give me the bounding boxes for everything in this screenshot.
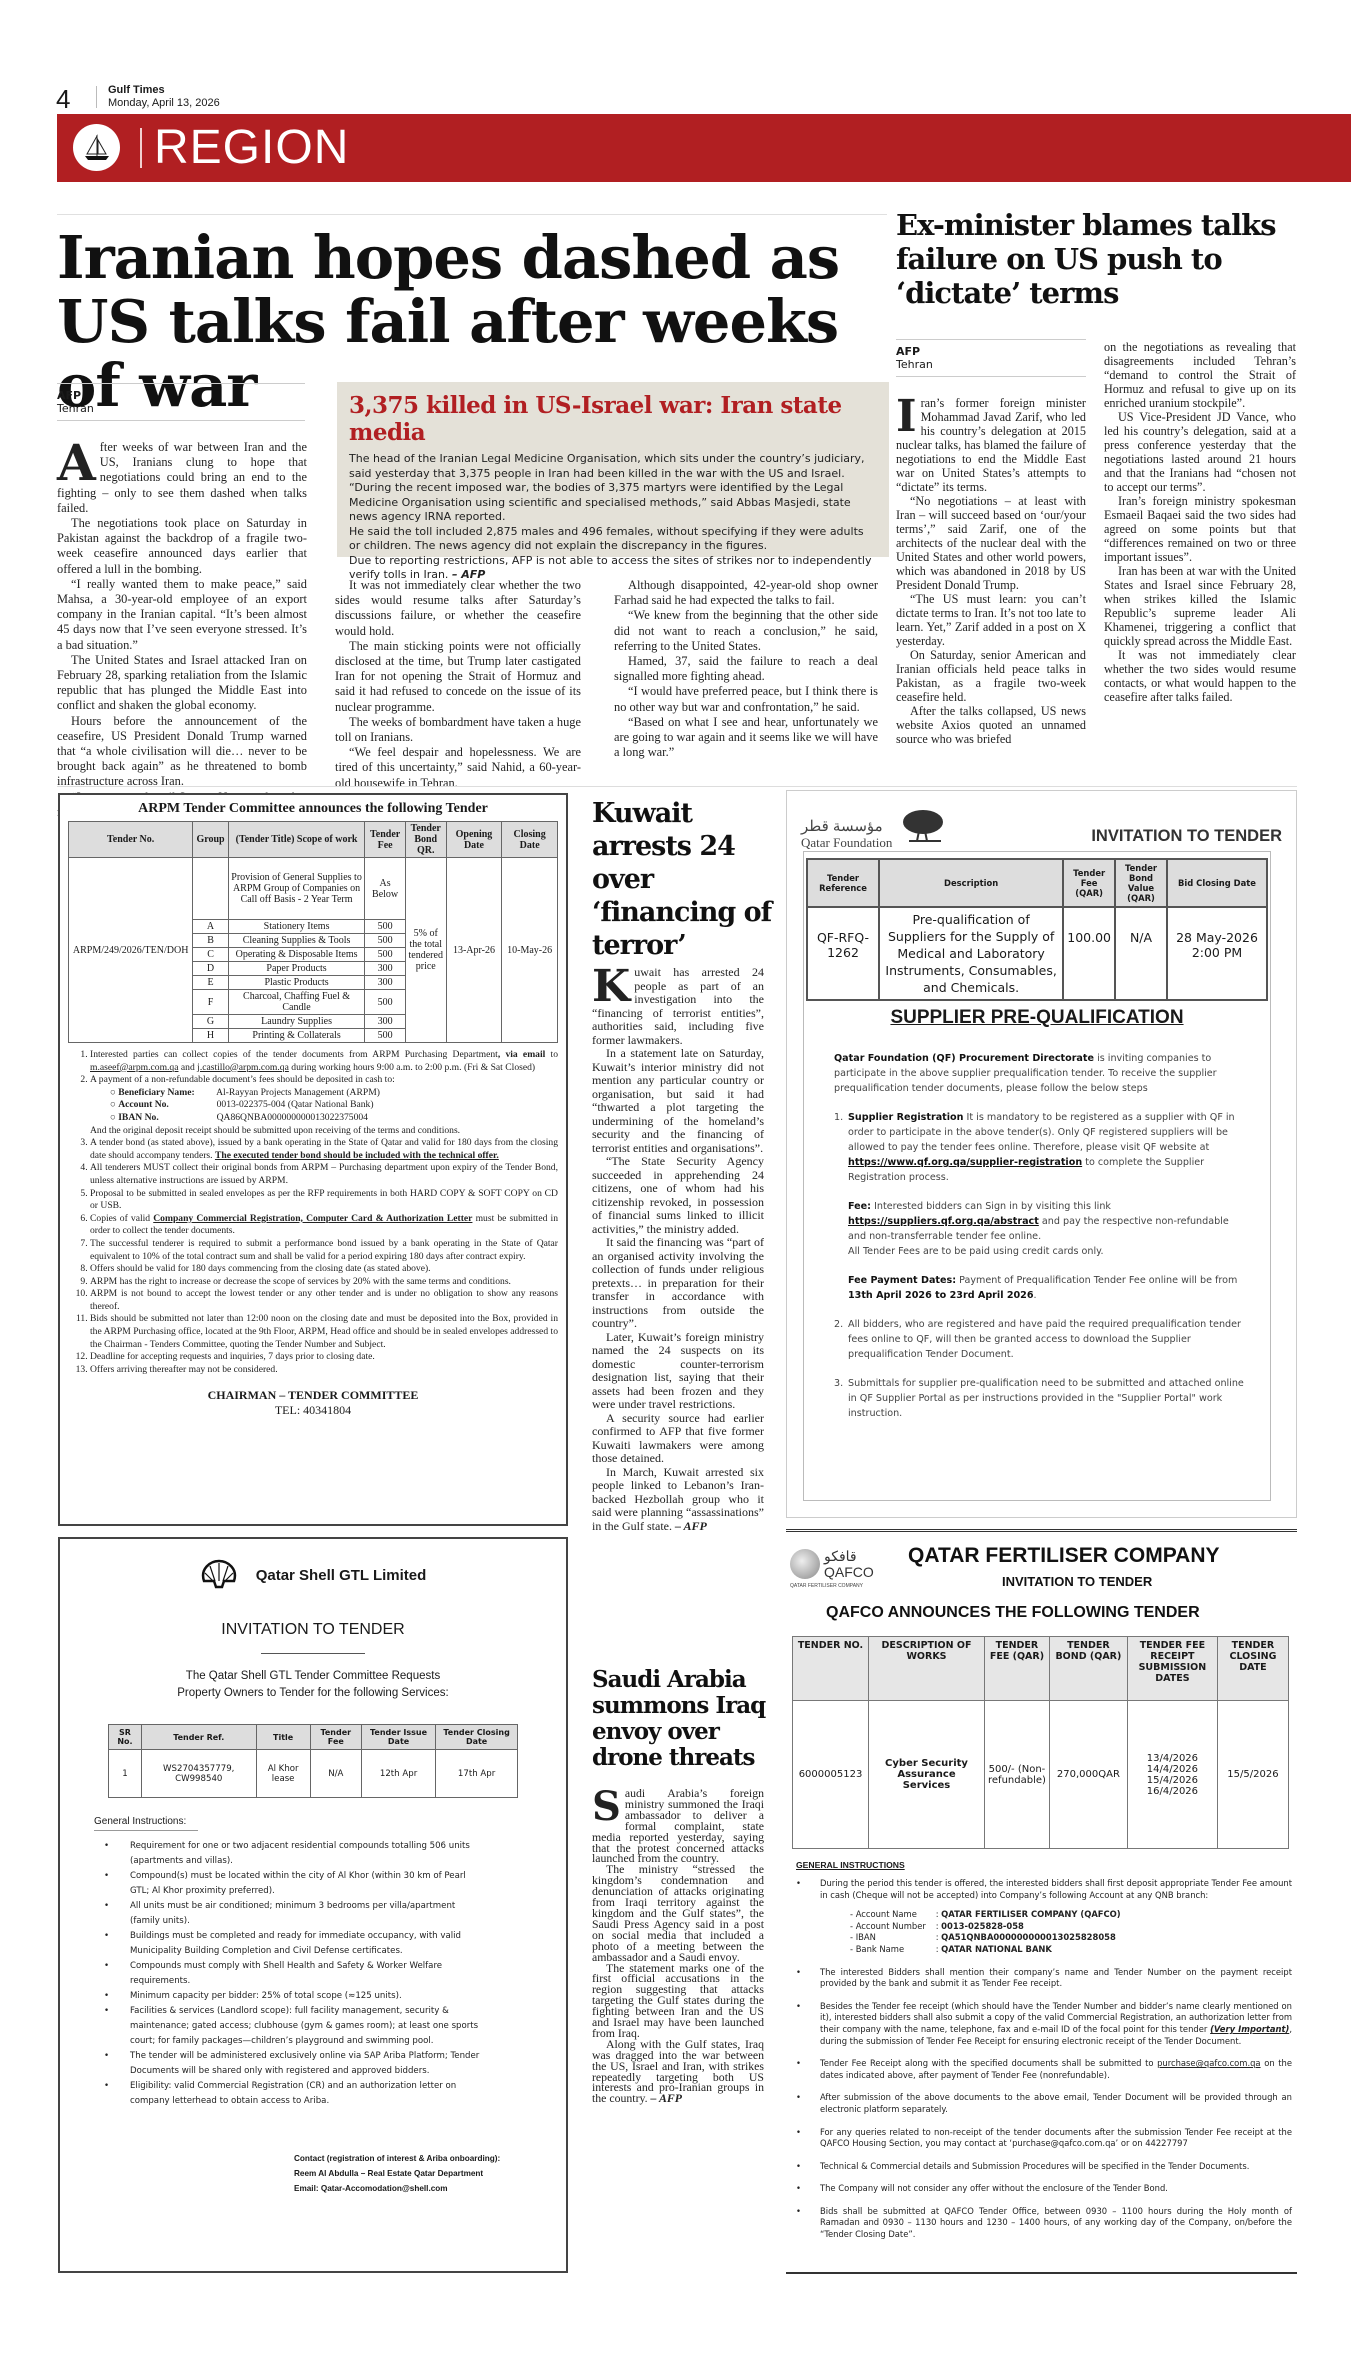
column-header: Closing Date — [502, 822, 558, 858]
opening-date: 13-Apr-26 — [446, 858, 502, 1043]
qafco-account: - Account Name: QATAR FERTILISER COMPANY… — [850, 1909, 1292, 1955]
paragraph: A security source had earlier confirmed … — [592, 1412, 764, 1466]
saudi-headline: Saudi Arabia summons Iraq envoy over dro… — [592, 1667, 772, 1771]
byline-agency: AFP — [57, 389, 305, 402]
email-link-castillo[interactable]: j.castillo@arpm.com.qa — [197, 1062, 289, 1073]
saudi-body: Saudi Arabia’s foreign ministry summoned… — [592, 1788, 764, 2104]
qf-logo-arabic: مؤسسة قطر — [801, 817, 892, 835]
column-header: Tender Reference — [807, 859, 879, 907]
qafco-logo-name: QAFCO — [824, 1565, 874, 1579]
paragraph: Iran has been at war with the United Sta… — [1104, 564, 1296, 648]
zarif-headline: Ex-minister blames talks failure on US p… — [896, 208, 1316, 310]
article-credit: – AFP — [675, 1519, 707, 1533]
paragraph: The negotiations took place on Saturday … — [57, 516, 307, 577]
qf-content-box: Tender Reference Description Tender Fee … — [803, 851, 1271, 1501]
instruction-item: Eligibility: valid Commercial Registrati… — [130, 2079, 480, 2109]
qafco-tender-ad: قافكو QAFCO QATAR FERTILISER COMPANY QAT… — [790, 1540, 1297, 2288]
qf-step-3: Submittals for supplier pre-qualificatio… — [848, 1376, 1244, 1421]
lead-byline: AFP Tehran — [57, 383, 305, 421]
instruction-item: Minimum capacity per bidder: 25% of tota… — [130, 1989, 480, 2004]
shell-logo-icon — [200, 1559, 238, 1591]
qafco-globe-icon — [790, 1549, 820, 1579]
paragraph: Hamed, 37, said the failure to reach a d… — [614, 654, 878, 684]
page-number: 4 — [56, 86, 70, 112]
paragraph: Iran’s foreign ministry spokesman Esmaei… — [1104, 494, 1296, 564]
paragraph: Although disappointed, 42-year-old shop … — [614, 578, 878, 608]
banner-divider — [140, 128, 142, 168]
instruction-item: Requirement for one or two adjacent resi… — [130, 1839, 480, 1869]
instruction-item: After submission of the above documents … — [820, 2092, 1292, 2115]
publication-date: Monday, April 13, 2026 — [108, 97, 220, 109]
contact-name: Reem Al Abdulla – Real Estate Qatar Depa… — [294, 2166, 546, 2181]
shell-header: Qatar Shell GTL Limited — [80, 1559, 546, 1591]
paragraph: “The State Security Agency succeeded in … — [592, 1155, 764, 1236]
byline-place: Tehran — [57, 402, 305, 415]
column-header: DESCRIPTION OF WORKS — [869, 1637, 985, 1701]
column-header: Tender Fee — [310, 1725, 361, 1750]
instruction-item: All tenderers MUST collect their origina… — [90, 1162, 558, 1187]
section-title: REGION — [154, 120, 349, 176]
column-header: Opening Date — [446, 822, 502, 858]
column-header: Tender Issue Date — [361, 1725, 435, 1750]
article-credit: – AFP — [651, 2091, 682, 2105]
qafco-logo-sub: QATAR FERTILISER COMPANY — [790, 1583, 890, 1589]
sidebar-line: The head of the Iranian Legal Medicine O… — [349, 452, 877, 481]
paragraph: The statement marks one of the first off… — [592, 1963, 764, 2039]
dropcap: K — [592, 968, 630, 1006]
instruction-item: The Company will not consider any offer … — [820, 2183, 1292, 2195]
bank-details: ○ Beneficiary Name: Al-Rayyan Projects M… — [110, 1087, 558, 1125]
qafco-instructions-title: GENERAL INSTRUCTIONS — [796, 1860, 905, 1870]
instruction-item: Bids should be submitted not later than … — [90, 1313, 558, 1351]
sidebar-title: 3,375 killed in US-Israel war: Iran stat… — [349, 392, 877, 446]
instruction-item: ARPM has the right to increase or decrea… — [90, 1276, 558, 1289]
paragraph: on the negotiations as revealing that di… — [1104, 340, 1296, 410]
column-header: Group — [193, 822, 228, 858]
byline-agency: AFP — [896, 345, 1086, 358]
qf-tender-ad: مؤسسة قطر Qatar Foundation INVITATION TO… — [786, 790, 1297, 1518]
paragraph: US Vice-President JD Vance, who led his … — [1104, 410, 1296, 494]
instruction-item: For any queries related to non-receipt o… — [820, 2127, 1292, 2150]
dropcap: I — [896, 398, 917, 436]
column-header: Tender Bond QR. — [405, 822, 446, 858]
paragraph: “No negotiations – at least with Iran – … — [896, 494, 1086, 592]
casualty-sidebar: 3,375 killed in US-Israel war: Iran stat… — [337, 382, 889, 557]
paragraph: ran’s former foreign minister Mohammad J… — [896, 396, 1086, 494]
sidebar-line: “During the recent imposed war, the bodi… — [349, 481, 877, 525]
instruction-item: Compounds must comply with Shell Health … — [130, 1959, 480, 1989]
arpm-title: ARPM Tender Committee announces the foll… — [68, 801, 558, 817]
qafco-tender-table: TENDER NO. DESCRIPTION OF WORKS TENDER F… — [792, 1636, 1289, 1849]
header-divider — [96, 86, 97, 108]
arpm-tender-ad: ARPM Tender Committee announces the foll… — [58, 793, 568, 1526]
qf-tender-table: Tender Reference Description Tender Fee … — [806, 858, 1268, 1001]
section-banner: REGION — [57, 114, 1351, 182]
purchase-email-link[interactable]: purchase@qafco.com.qa — [1157, 2058, 1260, 2068]
qf-logo: مؤسسة قطر Qatar Foundation — [801, 817, 892, 851]
shell-tender-ad: Qatar Shell GTL Limited INVITATION TO TE… — [58, 1537, 568, 2273]
qf-subtitle: SUPPLIER PRE-QUALIFICATION — [804, 1007, 1270, 1029]
kuwait-headline: Kuwait arrests 24 over ‘financing of ter… — [592, 797, 772, 962]
column-header: Tender Closing Date — [436, 1725, 518, 1750]
paragraph: The United States and Israel attacked Ir… — [57, 653, 307, 714]
shell-instructions-title: General Instructions: — [94, 1816, 198, 1831]
lead-col-3: Although disappointed, 42-year-old shop … — [614, 578, 878, 760]
instruction-item: The interested Bidders shall mention the… — [820, 1967, 1292, 1990]
lead-col-2: It was not immediately clear whether the… — [335, 578, 581, 791]
arpm-instructions: Interested parties can collect copies of… — [68, 1049, 558, 1376]
paragraph: On Saturday, senior American and Iranian… — [896, 648, 1086, 704]
paragraph: The ministry “stressed the kingdom’s con… — [592, 1864, 764, 1962]
qf-logo-name: Qatar Foundation — [801, 835, 892, 851]
email-link-aseef[interactable]: m.aseef@arpm.com.qa — [90, 1062, 178, 1073]
instruction-item: Technical & Commercial details and Submi… — [820, 2161, 1292, 2173]
tree-icon — [899, 809, 945, 843]
arpm-footer-tel: TEL: 40341804 — [68, 1403, 558, 1418]
column-header: SR No. — [109, 1725, 142, 1750]
qafco-instructions: •During the period this tender is offere… — [796, 1878, 1292, 2241]
column-header: TENDER FEE RECEIPT SUBMISSION DATES — [1127, 1637, 1217, 1701]
instruction-item: Offers arriving thereafter may not be co… — [90, 1364, 558, 1377]
paragraph: “Based on what I see and hear, unfortuna… — [614, 715, 878, 761]
kuwait-body: Kuwait has arrested 24 people as part of… — [592, 966, 764, 1533]
instruction-item: A payment of a non-refundable document’s… — [90, 1074, 558, 1137]
shell-tender-table: SR No. Tender Ref. Title Tender Fee Tend… — [108, 1724, 518, 1798]
column-header: TENDER BOND (QAR) — [1049, 1637, 1127, 1701]
column-header: TENDER CLOSING DATE — [1217, 1637, 1288, 1701]
paragraph: It was not immediately clear whether the… — [1104, 648, 1296, 704]
instruction-item: Tender Fee Receipt along with the specif… — [820, 2058, 1292, 2081]
contact-email[interactable]: Email: Qatar-Accomodation@shell.com — [294, 2181, 546, 2196]
table-row: 6000005123 Cyber Security Assurance Serv… — [793, 1701, 1289, 1849]
instruction-item: Offers should be valid for 180 days comm… — [90, 1263, 558, 1276]
instruction-item: Buildings must be completed and ready fo… — [130, 1929, 480, 1959]
paragraph: “I really wanted them to make peace,” sa… — [57, 577, 307, 653]
instruction-item: Bids shall be submitted at QAFCO Tender … — [820, 2206, 1292, 2241]
arpm-footer-title: CHAIRMAN – TENDER COMMITTEE — [68, 1388, 558, 1403]
column-header: Description — [879, 859, 1063, 907]
instruction-item: Compound(s) must be located within the c… — [130, 1869, 480, 1899]
column-header: Tender Ref. — [141, 1725, 256, 1750]
instruction-item: Proposal to be submitted in sealed envel… — [90, 1188, 558, 1213]
instruction-item: All units must be air conditioned; minim… — [130, 1899, 480, 1929]
lead-col-1: After weeks of war between Iran and the … — [57, 440, 307, 820]
qafco-logo-arabic: قافكو — [824, 1548, 874, 1565]
paragraph: In a statement late on Saturday, Kuwait’… — [592, 1047, 764, 1155]
paragraph: It said the financing was “part of an or… — [592, 1236, 764, 1331]
zarif-byline: AFP Tehran — [896, 339, 1086, 377]
byline-place: Tehran — [896, 358, 1086, 371]
paragraph: After the talks collapsed, US news websi… — [896, 704, 1086, 746]
paragraph: Hours before the announcement of the cea… — [57, 714, 307, 790]
zarif-col-1: Iran’s former foreign minister Mohammad … — [896, 396, 1086, 746]
qf-body: Qatar Foundation (QF) Procurement Direct… — [834, 1051, 1244, 1421]
paragraph: “We feel despair and hopelessness. We ar… — [335, 745, 581, 791]
instruction-item: Copies of valid Company Commercial Regis… — [90, 1213, 558, 1238]
paragraph: “We knew from the beginning that the oth… — [614, 608, 878, 654]
column-header: Tender Bond Value (QAR) — [1115, 859, 1167, 907]
sidebar-line: Due to reporting restrictions, AFP is no… — [349, 554, 871, 582]
scope-fee: As Below — [365, 858, 405, 920]
column-header: TENDER FEE (QAR) — [985, 1637, 1050, 1701]
paragraph: “I would have preferred peace, but I thi… — [614, 684, 878, 714]
supplier-registration-link[interactable]: https://www.qf.org.qa/supplier-registrat… — [848, 1157, 1082, 1168]
column-header: Title — [256, 1725, 310, 1750]
instruction-item: Besides the Tender fee receipt (which sh… — [820, 2001, 1292, 2047]
dropcap: A — [57, 442, 96, 484]
column-header: TENDER NO. — [793, 1637, 869, 1701]
column-header: (Tender Title) Scope of work — [228, 822, 365, 858]
instruction-item: Facilities & services (Landlord scope): … — [130, 2004, 480, 2049]
zarif-col-2: on the negotiations as revealing that di… — [1104, 340, 1296, 704]
instruction-item: Interested parties can collect copies of… — [90, 1049, 558, 1074]
dhow-ship-icon — [73, 124, 120, 171]
instruction-item: A tender bond (as stated above), issued … — [90, 1137, 558, 1162]
paragraph: It was not immediately clear whether the… — [335, 578, 581, 639]
qafco-logo: قافكو QAFCO QATAR FERTILISER COMPANY — [790, 1548, 890, 1589]
paragraph: The main sticking points were not offici… — [335, 639, 581, 715]
shell-company: Qatar Shell GTL Limited — [256, 1567, 427, 1584]
instruction-item: The successful tenderer is required to s… — [90, 1238, 558, 1263]
contact-title: Contact (registration of interest & Arib… — [294, 2151, 546, 2166]
scope-title: Provision of General Supplies to ARPM Gr… — [228, 858, 365, 920]
qf-step-2: All bidders, who are registered and have… — [848, 1317, 1244, 1362]
paragraph: “The US must learn: you can’t dictate te… — [896, 592, 1086, 648]
publication-name: Gulf Times — [108, 84, 165, 96]
paragraph: The weeks of bombardment have taken a hu… — [335, 715, 581, 745]
instruction-item: ARPM is not bound to accept the lowest t… — [90, 1288, 558, 1313]
sidebar-line: He said the toll included 2,875 males an… — [349, 525, 877, 554]
shell-title: INVITATION TO TENDER — [80, 1621, 546, 1639]
arpm-tender-table: Tender No. Group (Tender Title) Scope of… — [68, 821, 558, 1043]
qafco-title: INVITATION TO TENDER — [1002, 1574, 1152, 1589]
column-header: Tender No. — [69, 822, 193, 858]
tender-number: ARPM/249/2026/TEN/DOH — [69, 858, 193, 1043]
qafco-company: QATAR FERTILISER COMPANY — [908, 1544, 1220, 1568]
sidebar-body: The head of the Iranian Legal Medicine O… — [349, 452, 877, 583]
column-header: Bid Closing Date — [1167, 859, 1267, 907]
dropcap: S — [592, 1790, 621, 1824]
paragraph: Later, Kuwait’s foreign ministry named t… — [592, 1331, 764, 1412]
table-row: 1 WS2704357779, CW998540 Al Khor lease N… — [109, 1750, 518, 1798]
column-header: Tender Fee — [365, 822, 405, 858]
instruction-item: The tender will be administered exclusiv… — [130, 2049, 480, 2079]
title-underline — [261, 1653, 365, 1654]
table-row: QF-RFQ-1262 Pre-qualification of Supplie… — [807, 907, 1267, 1000]
qafco-announce: QAFCO ANNOUNCES THE FOLLOWING TENDER — [826, 1604, 1200, 1622]
tender-bond: 5% of the total tendered price — [405, 858, 446, 1043]
qf-title: INVITATION TO TENDER — [1091, 827, 1282, 846]
column-header: Tender Fee (QAR) — [1063, 859, 1115, 907]
supplier-fee-link[interactable]: https://suppliers.qf.org.qa/abstract — [848, 1216, 1039, 1227]
instruction-item: During the period this tender is offered… — [820, 1878, 1292, 1901]
shell-instructions: Requirement for one or two adjacent resi… — [80, 1839, 480, 2109]
instruction-item: Deadline for accepting requests and inqu… — [90, 1351, 558, 1364]
closing-date: 10-May-26 — [502, 858, 558, 1043]
shell-intro: The Qatar Shell GTL Tender Committee Req… — [163, 1668, 463, 1702]
shell-contact: Contact (registration of interest & Arib… — [294, 2151, 546, 2196]
